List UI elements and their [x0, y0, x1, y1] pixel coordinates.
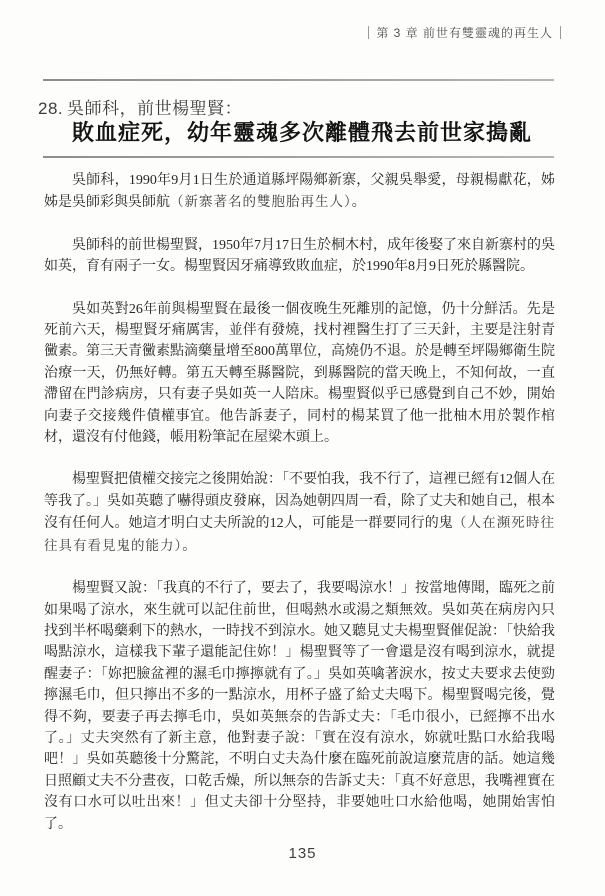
paragraph-1-annotation: （新寨著名的雙胞胎再生人）	[170, 194, 352, 209]
paragraph-5: 楊聖賢又說：「我真的不行了，要去了，我要喝涼水！」按當地傳聞，臨死之前如果喝了涼…	[44, 578, 555, 835]
paragraph-1-period: 。	[352, 195, 366, 210]
paragraph-3-text: 吳如英對26年前與楊聖賢在最後一個夜晚生死離別的記憶，仍十分鮮活。先是死前六天，…	[44, 302, 555, 445]
paragraph-3: 吳如英對26年前與楊聖賢在最後一個夜晚生死離別的記憶，仍十分鮮活。先是死前六天，…	[44, 299, 555, 449]
page-number: 135	[0, 845, 605, 862]
section-number: 28.	[38, 99, 63, 118]
section-title: 敗血症死，幼年靈魂多次離體飛去前世家搗亂	[72, 116, 532, 147]
header-left-bar	[368, 26, 369, 39]
paragraph-5-text: 楊聖賢又說：「我真的不行了，要去了，我要喝涼水！」按當地傳聞，臨死之前如果喝了涼…	[44, 581, 555, 831]
chapter-header-text: 第 3 章 前世有雙靈魂的再生人	[376, 24, 553, 41]
running-header: 第 3 章 前世有雙靈魂的再生人	[368, 24, 561, 41]
book-page: 第 3 章 前世有雙靈魂的再生人 28.吳師科，前世楊聖賢： 敗血症死，幼年靈魂…	[0, 0, 605, 896]
paragraph-1: 吳師科，1990年9月1日生於通道縣坪陽鄉新寨，父親吳舉愛，母親楊獻花，姊姊是吳…	[44, 170, 555, 214]
header-right-bar	[560, 26, 561, 39]
body-text: 吳師科，1990年9月1日生於通道縣坪陽鄉新寨，父親吳舉愛，母親楊獻花，姊姊是吳…	[44, 170, 555, 856]
paragraph-4: 楊聖賢把債權交接完之後開始說：「不要怕我，我不行了，這裡已經有12個人在等我了。…	[44, 469, 555, 557]
paragraph-2-text: 吳師科的前世楊聖賢，1950年7月17日生於桐木村，成年後娶了來自新寨村的吳如英…	[44, 238, 555, 274]
paragraph-4-period: 。	[182, 539, 196, 554]
title-rule-bottom	[43, 156, 554, 158]
title-rule-top	[43, 79, 554, 81]
paragraph-2: 吳師科的前世楊聖賢，1950年7月17日生於桐木村，成年後娶了來自新寨村的吳如英…	[44, 235, 555, 278]
